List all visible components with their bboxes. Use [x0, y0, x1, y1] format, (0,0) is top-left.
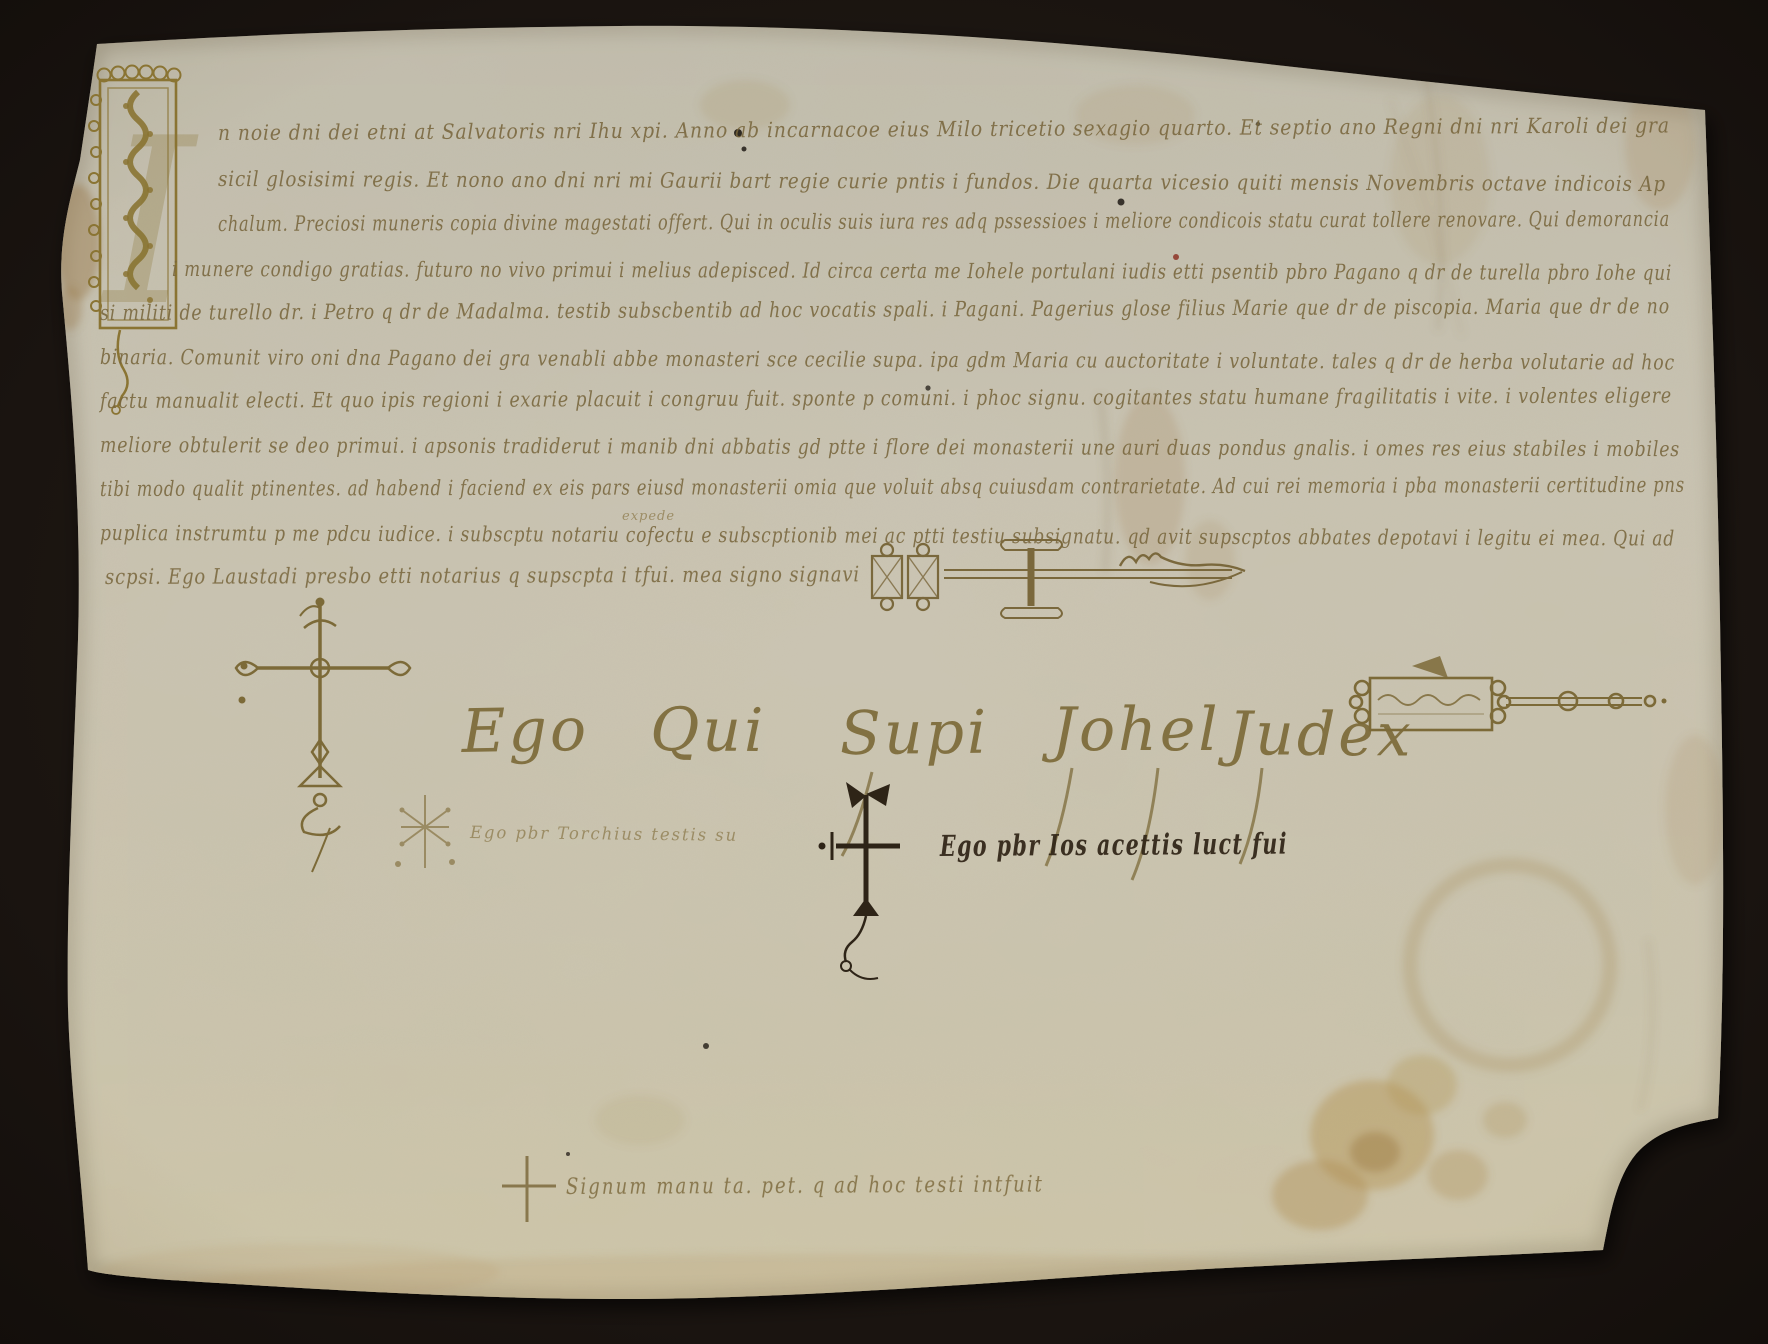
- interlinear-note: expede: [622, 509, 675, 524]
- signature-word-judex: Judex: [1217, 699, 1414, 771]
- manuscript-line: scpsi. Ego Laustadi presbo etti notarius…: [105, 562, 860, 589]
- signature-word-qui: Qui: [650, 695, 767, 766]
- witness-dark-text: Ego pbr Ios acettis luct fui: [939, 827, 1288, 863]
- attestation-text: Signum manu ta. pet. q ad hoc testi intf…: [566, 1172, 1044, 1200]
- signature-word-supi: Supi: [840, 698, 990, 769]
- charter-photo: I n noie dni dei etni at Salvatoris nri …: [0, 0, 1768, 1344]
- manuscript-line: chalum. Preciosi muneris copia divine ma…: [218, 207, 1670, 236]
- manuscript-line: i munere condigo gratias. futuro no vivo…: [172, 257, 1672, 285]
- manuscript-line: meliore obtulerit se deo primui. i apson…: [100, 433, 1680, 461]
- signature-word-ego: Ego: [460, 695, 590, 767]
- signature-word-johel: Johel: [1041, 695, 1221, 765]
- manuscript-line: tibi modo qualit ptinentes. ad habend i …: [100, 473, 1685, 501]
- witness-faint-text: Ego pbr Torchius testis su: [469, 823, 738, 846]
- manuscript-line: sicil glosisimi regis. Et nono ano dni n…: [218, 167, 1666, 196]
